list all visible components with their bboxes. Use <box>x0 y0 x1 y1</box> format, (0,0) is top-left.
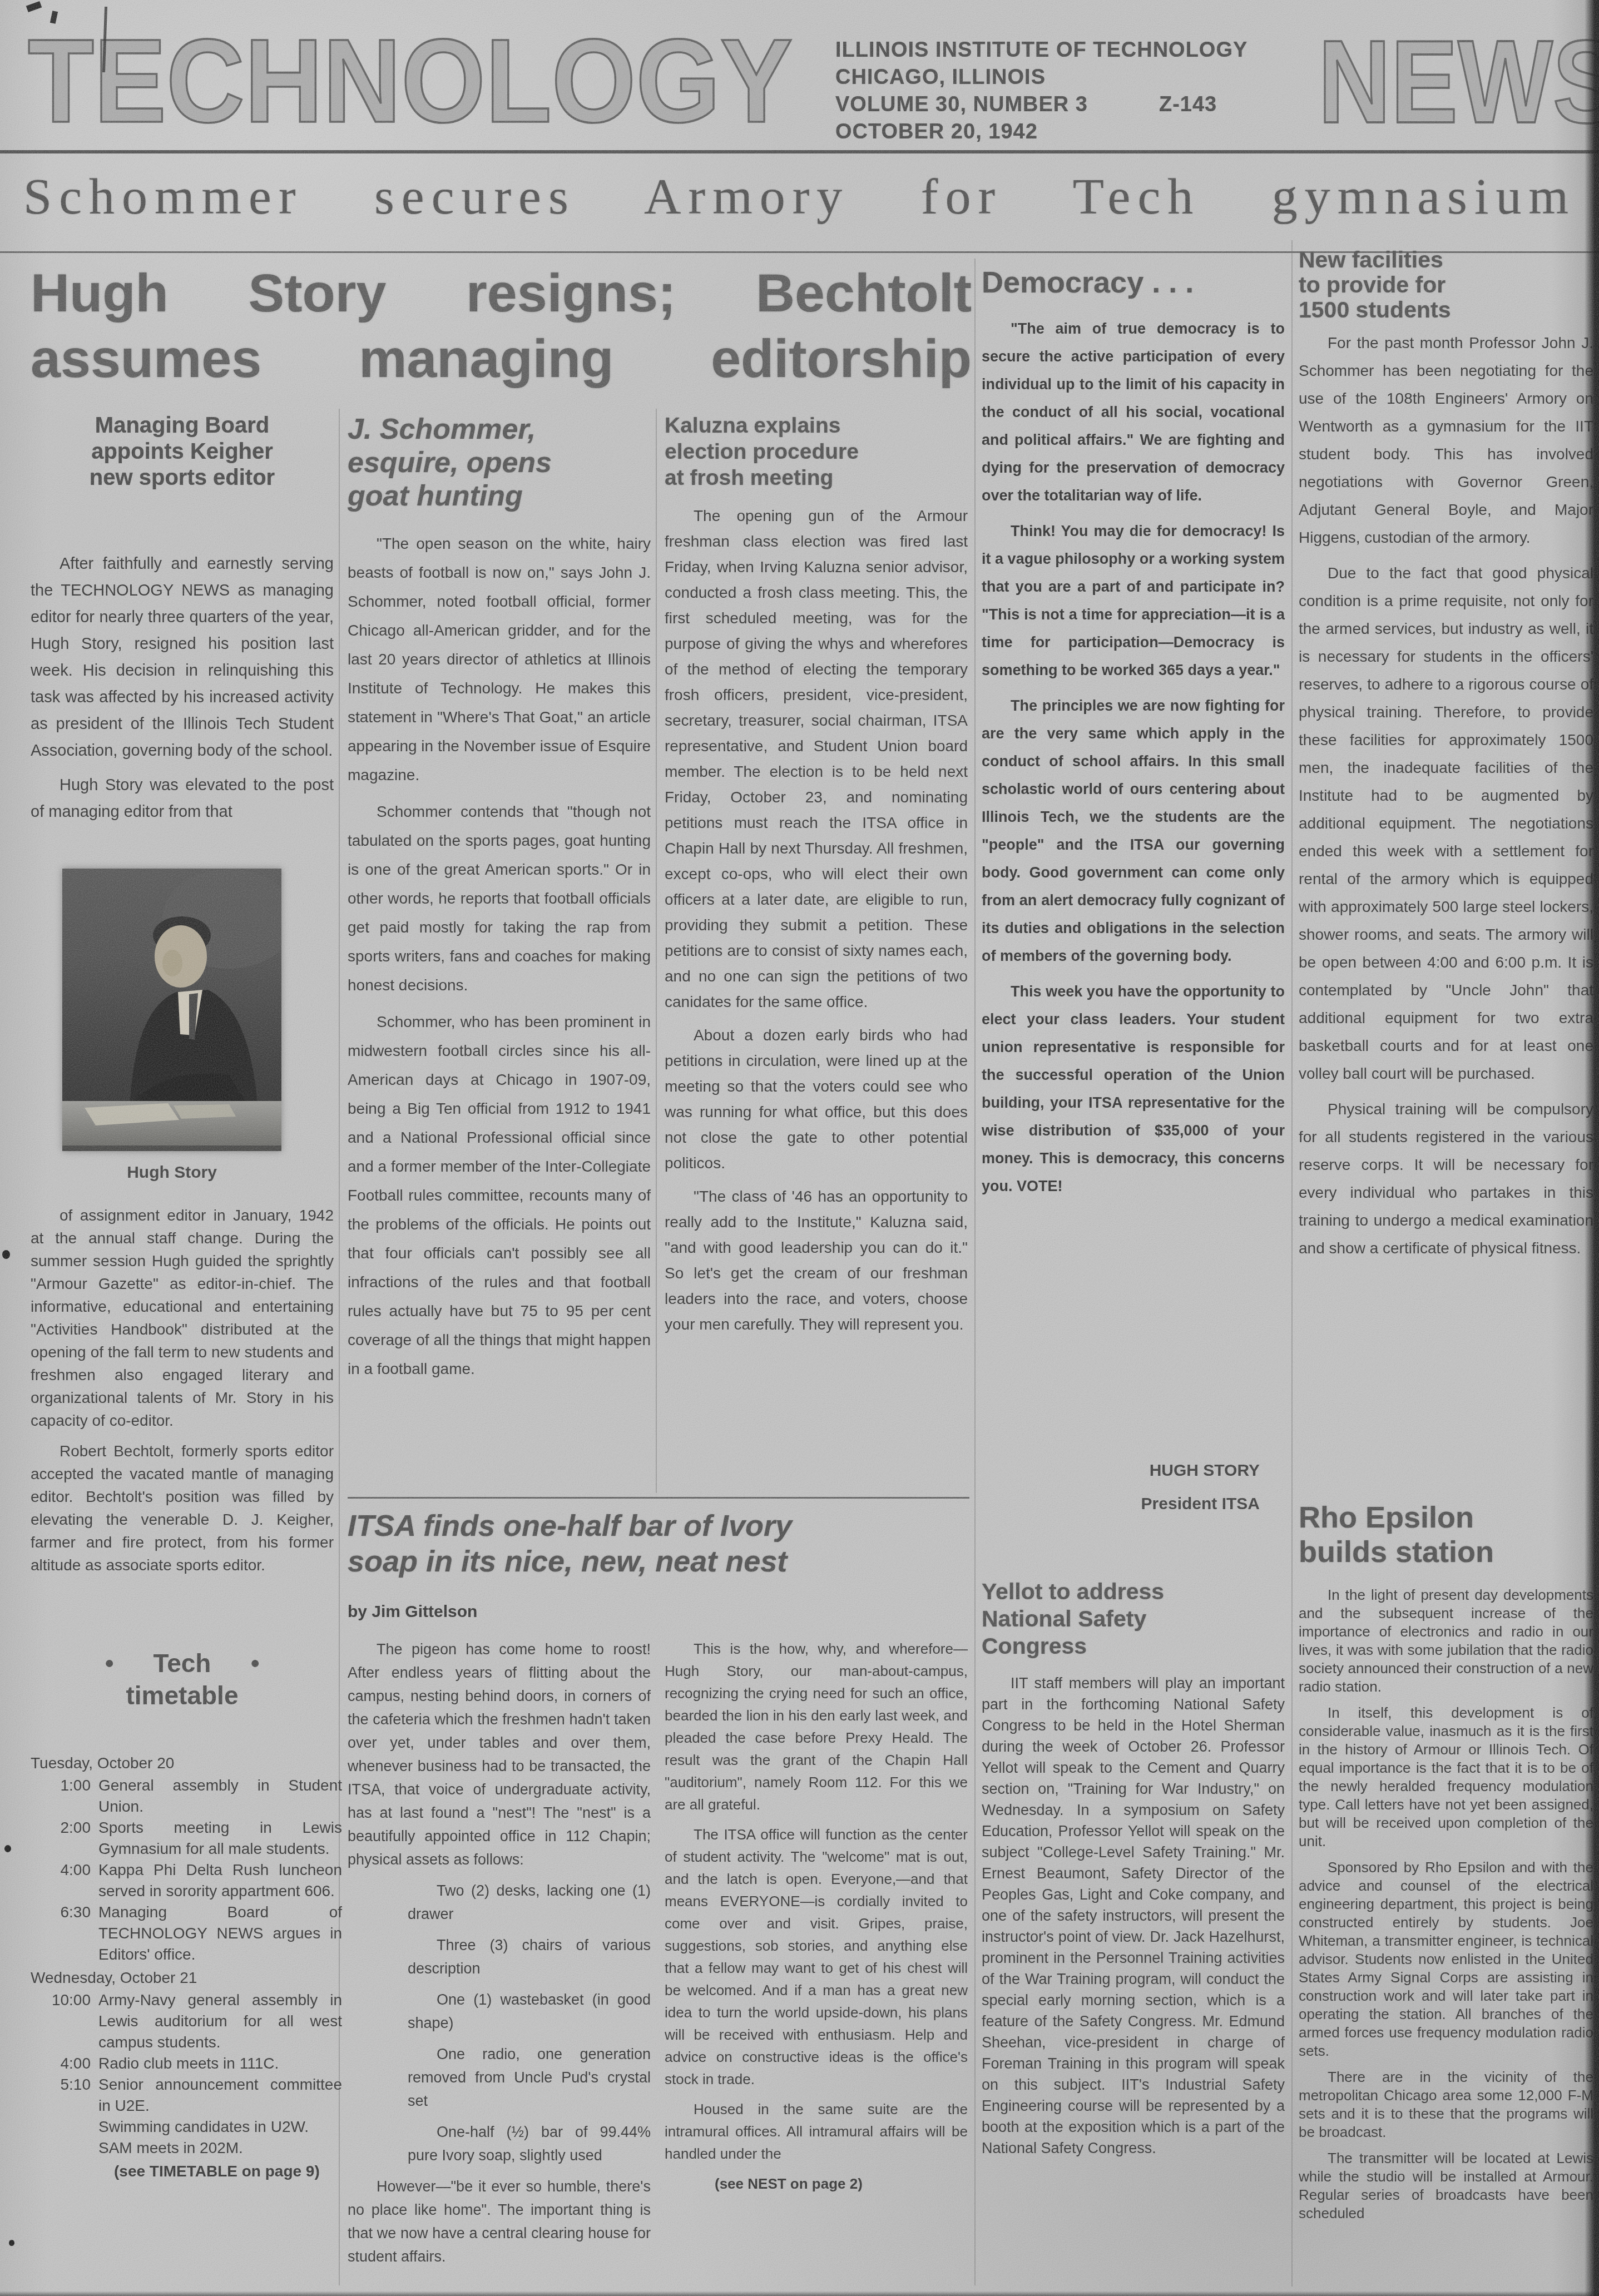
kaluzna-body: The opening gun of the Armour freshman c… <box>665 503 968 1337</box>
democracy-paragraph: "The aim of true democracy is to secure … <box>982 315 1285 509</box>
timetable-text: SAM meets in 202M. <box>98 2138 342 2159</box>
rho-paragraph: In itself, this development is of consid… <box>1299 1704 1593 1851</box>
column-divider <box>656 409 657 1493</box>
rho-paragraph: The transmitter will be located at Lewis… <box>1299 2149 1593 2223</box>
timetable-title-line1: Tech <box>154 1647 211 1679</box>
timetable-list: Tuesday, October 20 1:00 General assembl… <box>31 1750 342 2182</box>
timetable-day-header: Tuesday, October 20 <box>31 1753 342 1774</box>
facilities-paragraph: Due to the fact that good physical condi… <box>1299 559 1593 1088</box>
itsa-body-left: The pigeon has come home to roost! After… <box>348 1638 651 2268</box>
timetable-item: 5:10 Senior announcement committee in U2… <box>31 2074 342 2116</box>
timetable-item: 4:00 Radio club meets in 111C. <box>31 2053 342 2074</box>
signature-title: President ITSA <box>982 1487 1260 1521</box>
lead-headline-line2: assumes managing editorship <box>31 326 972 391</box>
itsa-body-right: This is the how, why, and wherefore—Hugh… <box>665 1638 968 2195</box>
itsa-asset-item: One-half (½) bar of 99.44% pure Ivory so… <box>348 2120 651 2167</box>
timetable-time: 6:30 <box>31 1902 98 1965</box>
timetable-item: SAM meets in 202M. <box>31 2138 342 2159</box>
scan-artifact <box>26 1 42 12</box>
column-divider <box>974 259 976 2285</box>
timetable-text: Army-Navy general assembly in Lewis audi… <box>98 1990 342 2053</box>
rho-paragraph: There are in the vicinity of the metropo… <box>1299 2068 1593 2141</box>
itsa-headline: ITSA finds one-half bar of Ivory soap in… <box>348 1508 971 1579</box>
timetable-text: Swimming candidates in U2W. <box>98 2116 342 2138</box>
scan-artifact <box>4 1845 11 1852</box>
schommer-paragraph: Schommer contends that "though not tabul… <box>348 797 651 1000</box>
timetable-text: Radio club meets in 111C. <box>98 2053 342 2074</box>
schommer-paragraph: "The open season on the white, hairy bea… <box>348 529 651 790</box>
lead-headline: Hugh Story resigns; Bechtolt assumes man… <box>31 260 972 391</box>
itsa-continuation: (see NEST on page 2) <box>665 2173 968 2195</box>
itsa-asset-item: Three (3) chairs of various description <box>348 1933 651 1980</box>
itsa-asset-item: One (1) wastebasket (in good shape) <box>348 1988 651 2035</box>
photo-caption: Hugh Story <box>62 1163 281 1182</box>
lead-paragraph: After faithfully and earnestly serving t… <box>31 551 334 764</box>
timetable-text: Kappa Phi Delta Rush luncheon served in … <box>98 1859 342 1902</box>
timetable-title-line2: timetable <box>31 1679 334 1712</box>
column-divider <box>1291 240 1293 2287</box>
rho-epsilon-body: In the light of present day developments… <box>1299 1586 1593 2223</box>
lead-paragraph: Hugh Story was elevated to the post of m… <box>31 772 334 825</box>
scan-edge-shadow <box>0 2291 1599 2296</box>
masthead-org: ILLINOIS INSTITUTE OF TECHNOLOGY <box>835 37 1325 64</box>
facilities-body: For the past month Professor John J. Sch… <box>1299 329 1593 1262</box>
lead-subhead: Managing Board appoints Keigher new spor… <box>31 413 334 491</box>
timetable-time <box>31 2116 98 2138</box>
timetable-time: 5:10 <box>31 2074 98 2116</box>
timetable-item: 2:00 Sports meeting in Lewis Gymnasium f… <box>31 1817 342 1859</box>
facilities-paragraph: For the past month Professor John J. Sch… <box>1299 329 1593 552</box>
kaluzna-paragraph: The opening gun of the Armour freshman c… <box>665 503 968 1015</box>
timetable-item: 10:00 Army-Navy general assembly in Lewi… <box>31 1990 342 2053</box>
democracy-paragraph: This week you have the opportunity to el… <box>982 978 1285 1200</box>
newspaper-page: TECHNOLOGY NEWS ILLINOIS INSTITUTE OF TE… <box>0 0 1599 2296</box>
timetable-time: 1:00 <box>31 1775 98 1817</box>
yellot-body: IIT staff members will play an important… <box>982 1673 1285 2159</box>
timetable-time: 2:00 <box>31 1817 98 1859</box>
itsa-paragraph: The pigeon has come home to roost! After… <box>348 1638 651 1871</box>
rho-paragraph: In the light of present day developments… <box>1299 1586 1593 1696</box>
facilities-paragraph: Physical training will be compulsory for… <box>1299 1095 1593 1262</box>
lead-body-top: After faithfully and earnestly serving t… <box>31 551 334 825</box>
timetable-continuation: (see TIMETABLE on page 9) <box>31 2161 342 2182</box>
schommer-paragraph: Schommer, who has been prominent in midw… <box>348 1008 651 1383</box>
democracy-headline: Democracy . . . <box>982 266 1285 299</box>
timetable-day-header: Wednesday, October 21 <box>31 1967 342 1988</box>
timetable-item: 4:00 Kappa Phi Delta Rush luncheon serve… <box>31 1859 342 1902</box>
timetable-heading: ● Tech ● timetable <box>31 1647 334 1712</box>
timetable-text: Senior announcement committee in U2E. <box>98 2074 342 2116</box>
lead-paragraph: Robert Bechtolt, formerly sports editor … <box>31 1440 334 1576</box>
timetable-text: Sports meeting in Lewis Gymnasium for al… <box>98 1817 342 1859</box>
timetable-time <box>31 2138 98 2159</box>
timetable-text: General assembly in Student Union. <box>98 1775 342 1817</box>
itsa-headline-line1: ITSA finds one-half bar of Ivory <box>348 1508 971 1544</box>
timetable-time: 4:00 <box>31 2053 98 2074</box>
timetable-item: 6:30 Managing Board of TECHNOLOGY NEWS a… <box>31 1902 342 1965</box>
bullet-icon: ● <box>250 1647 260 1679</box>
masthead-code: Z-143 <box>1159 91 1217 118</box>
timetable-item: Swimming candidates in U2W. <box>31 2116 342 2138</box>
yellot-paragraph: IIT staff members will play an important… <box>982 1673 1285 2159</box>
itsa-paragraph: Housed in the same suite are the intramu… <box>665 2098 968 2165</box>
lead-headline-line1: Hugh Story resigns; Bechtolt <box>31 260 972 326</box>
itsa-paragraph: The ITSA office will function as the cen… <box>665 1823 968 2090</box>
schommer-body: "The open season on the white, hairy bea… <box>348 529 651 1383</box>
scan-edge-shadow <box>1585 0 1599 2296</box>
itsa-headline-line2: soap in its nice, new, neat nest <box>348 1544 971 1579</box>
timetable-time: 4:00 <box>31 1859 98 1902</box>
masthead-volume: VOLUME 30, NUMBER 3 <box>835 91 1088 118</box>
itsa-byline: by Jim Gittelson <box>348 1603 651 1621</box>
masthead-title-news: NEWS <box>1318 22 1599 140</box>
yellot-headline: Yellot to address National Safety Congre… <box>982 1578 1285 1660</box>
kaluzna-paragraph: "The class of '46 has an opportunity to … <box>665 1184 968 1337</box>
kaluzna-headline: Kaluzna explains election procedure at f… <box>665 413 968 491</box>
itsa-asset-item: One radio, one generation removed from U… <box>348 2042 651 2112</box>
democracy-signature: HUGH STORY President ITSA <box>982 1454 1260 1521</box>
lead-paragraph: of assignment editor in January, 1942 at… <box>31 1204 334 1432</box>
masthead-date: OCTOBER 20, 1942 <box>835 118 1325 146</box>
democracy-paragraph: The principles we are now fighting for a… <box>982 692 1285 970</box>
itsa-paragraph: However—"be it ever so humble, there's n… <box>348 2175 651 2268</box>
lead-body-bottom: of assignment editor in January, 1942 at… <box>31 1204 334 1576</box>
kaluzna-paragraph: About a dozen early birds who had petiti… <box>665 1023 968 1176</box>
itsa-paragraph: This is the how, why, and wherefore—Hugh… <box>665 1638 968 1816</box>
hugh-story-photo <box>62 869 281 1151</box>
scan-artifact <box>9 2240 14 2246</box>
rho-paragraph: Sponsored by Rho Epsilon and with the ad… <box>1299 1858 1593 2060</box>
itsa-section-rule <box>348 1497 969 1499</box>
facilities-headline: New facilities to provide for 1500 stude… <box>1299 247 1596 323</box>
masthead-rule <box>0 150 1599 153</box>
banner-headline: Schommer secures Armory for Tech gymnasi… <box>23 167 1576 226</box>
itsa-asset-item: Two (2) desks, lacking one (1) drawer <box>348 1879 651 1926</box>
rho-epsilon-headline: Rho Epsilon builds station <box>1299 1500 1596 1569</box>
bullet-icon: ● <box>104 1647 114 1679</box>
democracy-body: "The aim of true democracy is to secure … <box>982 315 1285 1200</box>
signature-name: HUGH STORY <box>982 1454 1260 1487</box>
masthead-city: CHICAGO, ILLINOIS <box>835 64 1325 91</box>
masthead-info-block: ILLINOIS INSTITUTE OF TECHNOLOGY CHICAGO… <box>835 37 1325 146</box>
democracy-paragraph: Think! You may die for democracy! Is it … <box>982 517 1285 684</box>
timetable-text: Managing Board of TECHNOLOGY NEWS argues… <box>98 1902 342 1965</box>
timetable-time: 10:00 <box>31 1990 98 2053</box>
timetable-item: 1:00 General assembly in Student Union. <box>31 1775 342 1817</box>
scan-artifact <box>2 1250 10 1259</box>
schommer-headline: J. Schommer, esquire, opens goat hunting <box>348 413 651 513</box>
masthead-title-technology: TECHNOLOGY <box>28 22 793 141</box>
